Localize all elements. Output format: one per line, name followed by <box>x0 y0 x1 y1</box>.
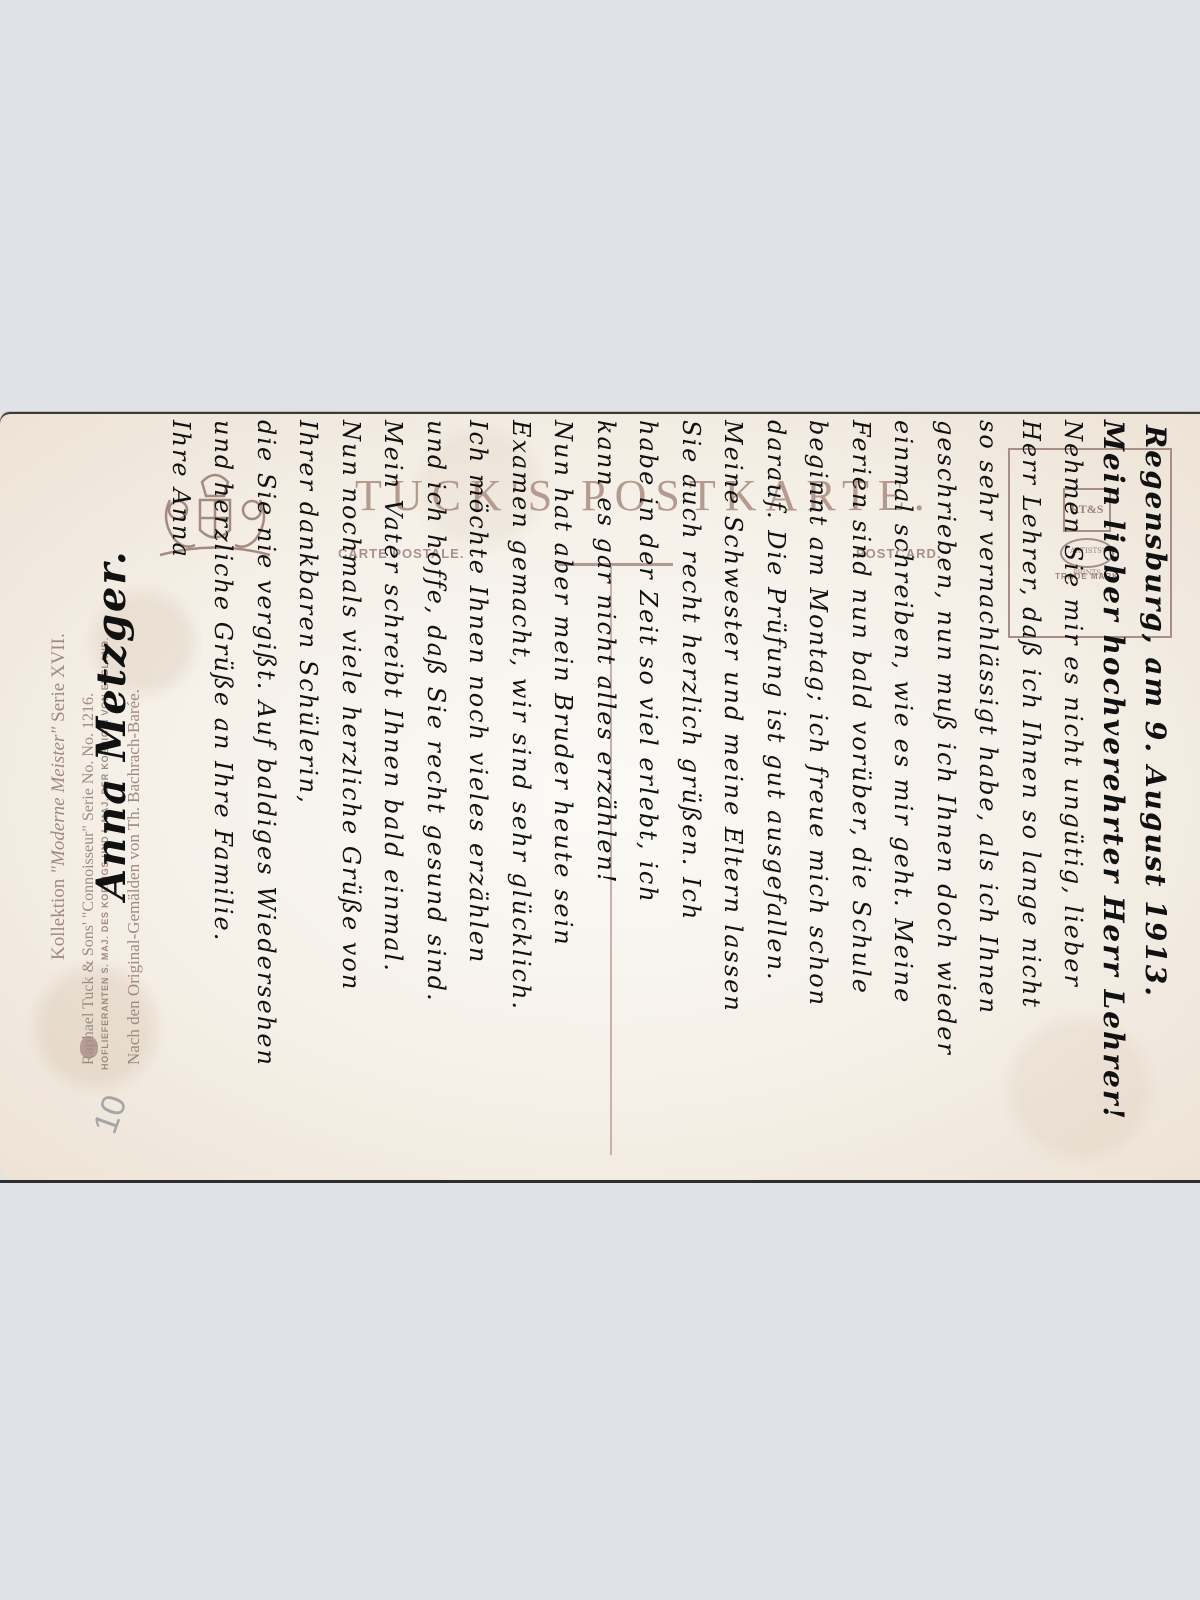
handwritten-line: Regensburg, am 9. August 1913. <box>1139 425 1172 998</box>
handwritten-line: Ich möchte Ihnen noch vieles erzählen <box>464 420 492 964</box>
handwritten-line: geschrieben, nun muß ich Ihnen doch wied… <box>932 420 960 1056</box>
handwritten-line: beginnt am Montag; ich freue mich schon <box>804 420 832 1007</box>
series-prefix: Kollektion <box>48 874 69 960</box>
handwritten-line: Ihre Anna <box>167 420 195 559</box>
handwritten-line: und ich hoffe, daß Sie recht gesund sind… <box>422 420 450 1003</box>
handwritten-line: Sie auch recht herzlich grüßen. Ich <box>677 420 705 921</box>
handwritten-line: kann es gar nicht alles erzählen! <box>592 420 620 885</box>
card-edge-shadow <box>0 1180 1200 1183</box>
handwritten-line: Nun hat aber mein Bruder heute sein <box>549 420 577 947</box>
signature: Anna Metzger. <box>88 549 135 900</box>
handwritten-line: Mein lieber hochverehrter Herr Lehrer! <box>1097 420 1130 1121</box>
series-italic: "Moderne Meister" <box>48 727 69 874</box>
handwritten-line: Herr Lehrer, daß ich Ihnen so lange nich… <box>1017 420 1045 1009</box>
handwritten-line: Nehmen Sie mir es nicht ungütig, lieber <box>1059 420 1087 988</box>
handwritten-line: und herzliche Grüße an Ihre Familie. <box>209 420 237 942</box>
handwritten-line: Nun nochmals viele herzliche Grüße von <box>337 420 365 991</box>
publisher-emblem-icon <box>80 1036 98 1058</box>
handwritten-line: darauf. Die Prüfung ist gut ausgefallen. <box>762 420 790 982</box>
handwritten-line: Meine Schwester und meine Eltern lassen <box>719 420 747 1013</box>
handwritten-line: einmal schreiben, wie es mir geht. Meine <box>889 420 917 1004</box>
handwritten-line: habe in der Zeit so viel erlebt, ich <box>634 420 662 904</box>
handwritten-line: die Sie nie vergißt. Auf baldiges Wieder… <box>252 420 280 1067</box>
handwritten-line: Ihrer dankbaren Schülerin, <box>294 420 322 805</box>
handwritten-line: Mein Vater schreibt Ihnen bald einmal. <box>379 420 407 973</box>
handwritten-line: Ferien sind nun bald vorüber, die Schule <box>847 420 875 995</box>
handwritten-line: Examen gemacht, wir sind sehr glücklich. <box>507 420 535 1011</box>
handwritten-line: so sehr vernachlässigt habe, als ich Ihn… <box>974 420 1002 1015</box>
series-line: Kollektion "Moderne Meister" Serie XVII. <box>48 633 70 960</box>
series-suffix: Serie XVII. <box>48 633 69 726</box>
